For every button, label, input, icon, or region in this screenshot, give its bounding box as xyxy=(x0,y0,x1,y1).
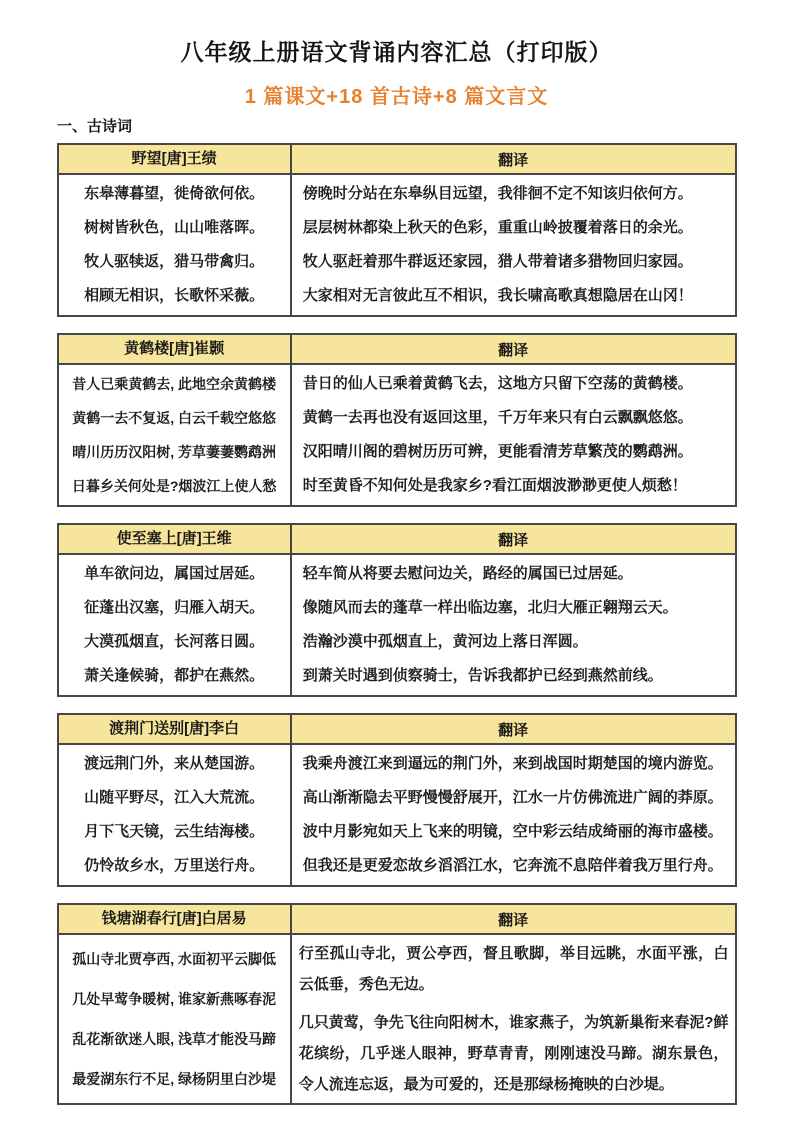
poem-table-shizhisaishang: 使至塞上[唐]王维 翻译 单车欲问边，属国过居延。 征蓬出汉塞，归雁入胡天。 大… xyxy=(57,523,737,697)
translation-line: 高山渐渐隐去平野慢慢舒展开，江水一片仿佛流进广阔的莽原。 xyxy=(303,781,731,815)
poem-line: 乱花渐欲迷人眼, 浅草才能没马蹄 xyxy=(60,1019,289,1059)
translation-line: 但我还是更爱恋故乡滔滔江水，它奔流不息陪伴着我万里行舟。 xyxy=(303,849,731,883)
translation-line: 时至黄昏不知何处是我家乡?看江面烟波渺渺更使人烦愁！ xyxy=(303,469,731,503)
poem-title: 使至塞上[唐]王维 xyxy=(59,525,292,553)
translation-header: 翻译 xyxy=(292,529,735,550)
poem-column: 孤山寺北贾亭西, 水面初平云脚低 几处早莺争暖树, 谁家新燕啄春泥 乱花渐欲迷人… xyxy=(59,935,292,1103)
poem-table-dujingmensongbie: 渡荆门送别[唐]李白 翻译 渡远荆门外，来从楚国游。 山随平野尽，江入大荒流。 … xyxy=(57,713,737,887)
translation-line: 汉阳晴川阁的碧树历历可辨，更能看清芳草繁茂的鹦鹉洲。 xyxy=(303,435,731,469)
translation-line: 牧人驱赶着那牛群返还家园，猎人带着诸多猎物回归家园。 xyxy=(303,245,731,279)
poem-column: 东皋薄暮望，徙倚欲何依。 树树皆秋色，山山唯落晖。 牧人驱犊返，猎马带禽归。 相… xyxy=(59,175,292,315)
translation-paragraph: 几只黄莺，争先飞往向阳树木，谁家燕子，为筑新巢衔来春泥?鲜花缤纷，几乎迷人眼神，… xyxy=(299,1007,729,1100)
table-body: 昔人已乘黄鹤去, 此地空余黄鹤楼 黄鹤一去不复返, 白云千载空悠悠 晴川历历汉阳… xyxy=(59,365,735,505)
table-body: 东皋薄暮望，徙倚欲何依。 树树皆秋色，山山唯落晖。 牧人驱犊返，猎马带禽归。 相… xyxy=(59,175,735,315)
poem-column: 单车欲问边，属国过居延。 征蓬出汉塞，归雁入胡天。 大漠孤烟直，长河落日圆。 萧… xyxy=(59,555,292,695)
translation-line: 浩瀚沙漠中孤烟直上，黄河边上落日浑圆。 xyxy=(303,625,731,659)
poem-line: 晴川历历汉阳树, 芳草萋萋鹦鹉洲 xyxy=(61,435,288,469)
page-subtitle: 1 篇课文+18 首古诗+8 篇文言文 xyxy=(0,80,793,109)
translation-line: 傍晚时分站在东皋纵目远望，我徘徊不定不知该归依何方。 xyxy=(303,177,731,211)
translation-column: 轻车简从将要去慰问边关，路经的属国已过居延。 像随风而去的蓬草一样出临边塞，北归… xyxy=(292,555,735,695)
poem-line: 仍怜故乡水，万里送行舟。 xyxy=(61,849,288,883)
translation-line: 像随风而去的蓬草一样出临边塞，北归大雁正翱翔云天。 xyxy=(303,591,731,625)
table-header: 野望[唐]王绩 翻译 xyxy=(59,145,735,175)
poem-line: 最爱湖东行不足, 绿杨阴里白沙堤 xyxy=(60,1059,289,1099)
page-title: 八年级上册语文背诵内容汇总（打印版） xyxy=(0,34,793,67)
table-header: 黄鹤楼[唐]崔颢 翻译 xyxy=(59,335,735,365)
poem-line: 几处早莺争暖树, 谁家新燕啄春泥 xyxy=(60,979,289,1019)
poem-line: 萧关逢候骑，都护在燕然。 xyxy=(61,659,288,693)
translation-line: 大家相对无言彼此互不相识，我长啸高歌真想隐居在山冈！ xyxy=(303,279,731,313)
translation-line: 昔日的仙人已乘着黄鹤飞去，这地方只留下空荡的黄鹤楼。 xyxy=(303,367,731,401)
poem-title: 野望[唐]王绩 xyxy=(59,145,292,173)
translation-line: 轻车简从将要去慰问边关，路经的属国已过居延。 xyxy=(303,557,731,591)
table-header: 钱塘湖春行[唐]白居易 翻译 xyxy=(59,905,735,935)
table-body: 单车欲问边，属国过居延。 征蓬出汉塞，归雁入胡天。 大漠孤烟直，长河落日圆。 萧… xyxy=(59,555,735,695)
poem-title: 渡荆门送别[唐]李白 xyxy=(59,715,292,743)
translation-line: 黄鹤一去再也没有返回这里，千万年来只有白云飘飘悠悠。 xyxy=(303,401,731,435)
translation-line: 到萧关时遇到侦察骑士，告诉我都护已经到燕然前线。 xyxy=(303,659,731,693)
table-header: 渡荆门送别[唐]李白 翻译 xyxy=(59,715,735,745)
translation-line: 我乘舟渡江来到逼远的荆门外，来到战国时期楚国的境内游览。 xyxy=(303,747,731,781)
poem-line: 相顾无相识，长歌怀采薇。 xyxy=(61,279,288,313)
poem-line: 孤山寺北贾亭西, 水面初平云脚低 xyxy=(60,939,289,979)
translation-header: 翻译 xyxy=(292,719,735,740)
document-page: 八年级上册语文背诵内容汇总（打印版） 1 篇课文+18 首古诗+8 篇文言文 一… xyxy=(0,0,793,1121)
poem-line: 牧人驱犊返，猎马带禽归。 xyxy=(61,245,288,279)
poem-line: 日暮乡关何处是?烟波江上使人愁 xyxy=(61,469,288,503)
translation-column: 傍晚时分站在东皋纵目远望，我徘徊不定不知该归依何方。 层层树林都染上秋天的色彩，… xyxy=(292,175,735,315)
poem-table-huanghelou: 黄鹤楼[唐]崔颢 翻译 昔人已乘黄鹤去, 此地空余黄鹤楼 黄鹤一去不复返, 白云… xyxy=(57,333,737,507)
poem-line: 单车欲问边，属国过居延。 xyxy=(61,557,288,591)
translation-header: 翻译 xyxy=(292,149,735,170)
poem-line: 树树皆秋色，山山唯落晖。 xyxy=(61,211,288,245)
poem-column: 渡远荆门外，来从楚国游。 山随平野尽，江入大荒流。 月下飞天镜，云生结海楼。 仍… xyxy=(59,745,292,885)
translation-paragraph: 行至孤山寺北，贾公亭西，督且歌脚，举目远眺，水面平涨，白云低垂，秀色无边。 xyxy=(299,938,729,1000)
poem-column: 昔人已乘黄鹤去, 此地空余黄鹤楼 黄鹤一去不复返, 白云千载空悠悠 晴川历历汉阳… xyxy=(59,365,292,505)
translation-header: 翻译 xyxy=(292,339,735,360)
translation-column: 我乘舟渡江来到逼远的荆门外，来到战国时期楚国的境内游览。 高山渐渐隐去平野慢慢舒… xyxy=(292,745,735,885)
poem-table-qiantanghuchunxing: 钱塘湖春行[唐]白居易 翻译 孤山寺北贾亭西, 水面初平云脚低 几处早莺争暖树,… xyxy=(57,903,737,1105)
poem-line: 黄鹤一去不复返, 白云千载空悠悠 xyxy=(61,401,288,435)
translation-column: 行至孤山寺北，贾公亭西，督且歌脚，举目远眺，水面平涨，白云低垂，秀色无边。 几只… xyxy=(292,935,735,1103)
poem-line: 昔人已乘黄鹤去, 此地空余黄鹤楼 xyxy=(61,367,288,401)
poem-line: 东皋薄暮望，徙倚欲何依。 xyxy=(61,177,288,211)
poem-title: 钱塘湖春行[唐]白居易 xyxy=(59,905,292,933)
section-heading: 一、古诗词 xyxy=(57,115,793,136)
translation-line: 层层树林都染上秋天的色彩，重重山岭披覆着落日的余光。 xyxy=(303,211,731,245)
translation-header: 翻译 xyxy=(292,909,735,930)
table-header: 使至塞上[唐]王维 翻译 xyxy=(59,525,735,555)
poem-title: 黄鹤楼[唐]崔颢 xyxy=(59,335,292,363)
poem-line: 征蓬出汉塞，归雁入胡天。 xyxy=(61,591,288,625)
table-body: 孤山寺北贾亭西, 水面初平云脚低 几处早莺争暖树, 谁家新燕啄春泥 乱花渐欲迷人… xyxy=(59,935,735,1103)
poem-line: 渡远荆门外，来从楚国游。 xyxy=(61,747,288,781)
translation-line: 波中月影宛如天上飞来的明镜，空中彩云结成绮丽的海市盛楼。 xyxy=(303,815,731,849)
poem-table-yewang: 野望[唐]王绩 翻译 东皋薄暮望，徙倚欲何依。 树树皆秋色，山山唯落晖。 牧人驱… xyxy=(57,143,737,317)
translation-column: 昔日的仙人已乘着黄鹤飞去，这地方只留下空荡的黄鹤楼。 黄鹤一去再也没有返回这里，… xyxy=(292,365,735,505)
poem-line: 山随平野尽，江入大荒流。 xyxy=(61,781,288,815)
poem-line: 月下飞天镜，云生结海楼。 xyxy=(61,815,288,849)
table-body: 渡远荆门外，来从楚国游。 山随平野尽，江入大荒流。 月下飞天镜，云生结海楼。 仍… xyxy=(59,745,735,885)
poem-line: 大漠孤烟直，长河落日圆。 xyxy=(61,625,288,659)
